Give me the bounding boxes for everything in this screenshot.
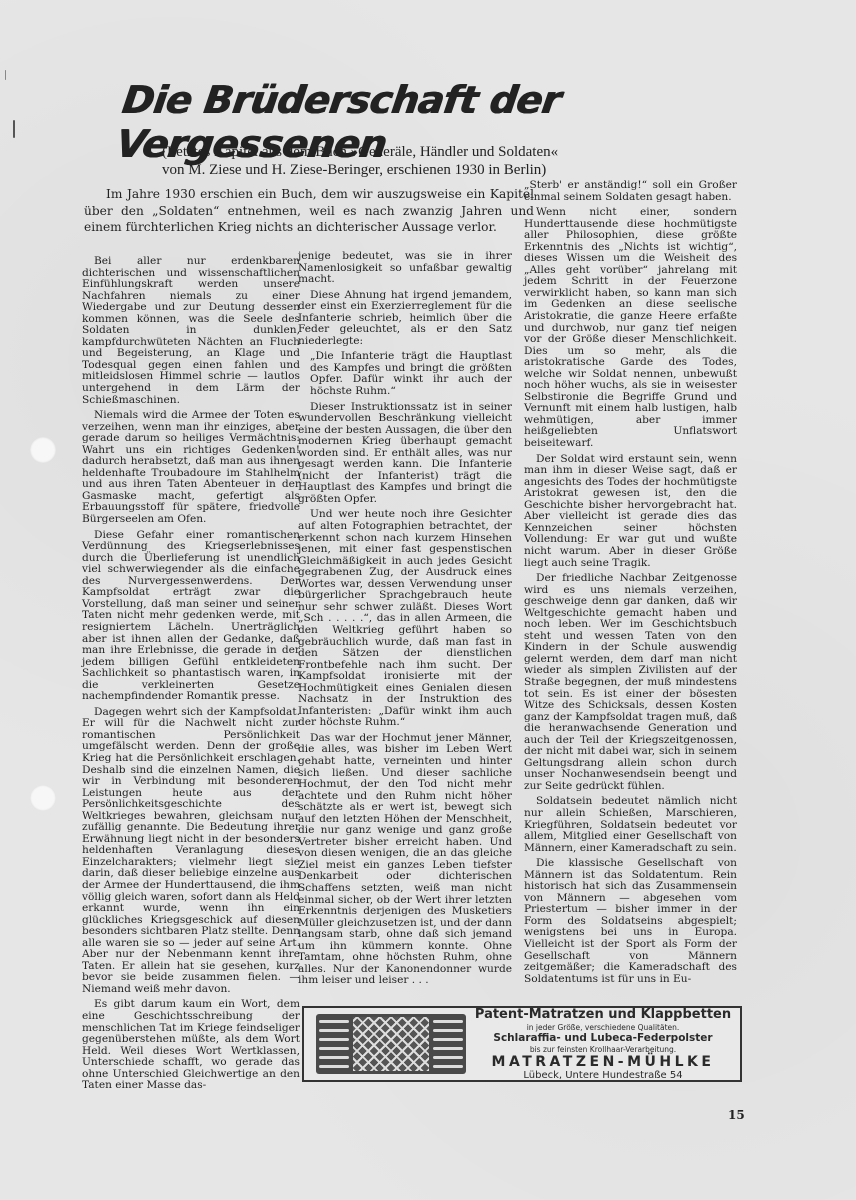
page-number: 15 (728, 1108, 745, 1122)
text-column-2: jenige bedeutet, was sie in ihrer Namenl… (298, 251, 512, 991)
text-column-3: „Sterb' er anständig!“ soll ein Großer e… (524, 180, 737, 989)
ad-address: Lübeck, Untere Hundestraße 54 (466, 1070, 740, 1082)
paragraph: Diese Ahnung hat irgend jemandem, der ei… (298, 290, 512, 348)
ad-line-3: Schlaraffia- und Lubeca-Federpolster (466, 1032, 740, 1045)
advertisement-box: Patent-Matratzen und Klappbetten in jede… (302, 1006, 742, 1082)
paragraph: Dagegen wehrt sich der Kampfsoldat. Er w… (82, 707, 300, 996)
article-intro: Im Jahre 1930 erschien ein Buch, dem wir… (84, 186, 534, 236)
quote-paragraph: „Die Infanterie trägt die Hauptlast des … (310, 351, 512, 397)
paragraph: Es gibt darum kaum ein Wort, dem eine Ge… (82, 999, 300, 1091)
scan-artifact-mark (5, 70, 6, 80)
subtitle-line-2: von M. Ziese und H. Ziese-Beringer, ersc… (162, 161, 722, 179)
paragraph: Niemals wird die Armee der Toten es verz… (82, 410, 300, 525)
paragraph: „Sterb' er anständig!“ soll ein Großer e… (524, 180, 737, 203)
mattress-spring-icon (316, 1014, 466, 1074)
ad-company-name: MATRATZEN-MÜHLKE (466, 1054, 740, 1070)
paragraph: Wenn nicht einer, sondern Hunderttausend… (524, 207, 737, 449)
paragraph: Und wer heute noch ihre Gesichter auf al… (298, 509, 512, 728)
magazine-page: Die Brüderschaft der Vergessenen (Letzte… (0, 0, 856, 1200)
punch-hole-bottom (30, 785, 56, 811)
paragraph: Dieser Instruktionssatz ist in seiner wu… (298, 402, 512, 506)
paragraph: Soldatsein bedeutet nämlich nicht nur al… (524, 796, 737, 854)
advertisement-text: Patent-Matratzen und Klappbetten in jede… (466, 1007, 740, 1082)
spring-right (433, 1017, 463, 1071)
ad-headline: Patent-Matratzen und Klappbetten (466, 1007, 740, 1023)
paragraph: Diese Gefahr einer romantischen Verdünnu… (82, 530, 300, 703)
paragraph: Die klassische Gesellschaft von Männern … (524, 858, 737, 985)
subtitle-line-1: (Letztes Kapitel aus dem Buch »Generäle,… (162, 143, 722, 161)
paragraph: Bei aller nur erdenkbaren dichterischen … (82, 256, 300, 406)
spring-left (319, 1017, 349, 1071)
paragraph: Das war der Hochmut jener Männer, die al… (298, 733, 512, 987)
article-subtitle: (Letztes Kapitel aus dem Buch »Generäle,… (162, 143, 722, 179)
paragraph: Der friedliche Nachbar Zeitgenosse wird … (524, 573, 737, 792)
text-column-1: Bei aller nur erdenkbaren dichterischen … (82, 256, 300, 1096)
paragraph: Der Soldat wird erstaunt sein, wenn man … (524, 454, 737, 569)
punch-hole-top (30, 437, 56, 463)
scan-artifact-mark (13, 120, 15, 138)
spring-grid (353, 1017, 429, 1071)
ad-line-2: in jeder Größe, verschiedene Qualitäten. (466, 1023, 740, 1032)
paragraph: jenige bedeutet, was sie in ihrer Namenl… (298, 251, 512, 286)
ad-line-4: bis zur feinsten Krollhaar-Verarbeitung. (466, 1045, 740, 1054)
